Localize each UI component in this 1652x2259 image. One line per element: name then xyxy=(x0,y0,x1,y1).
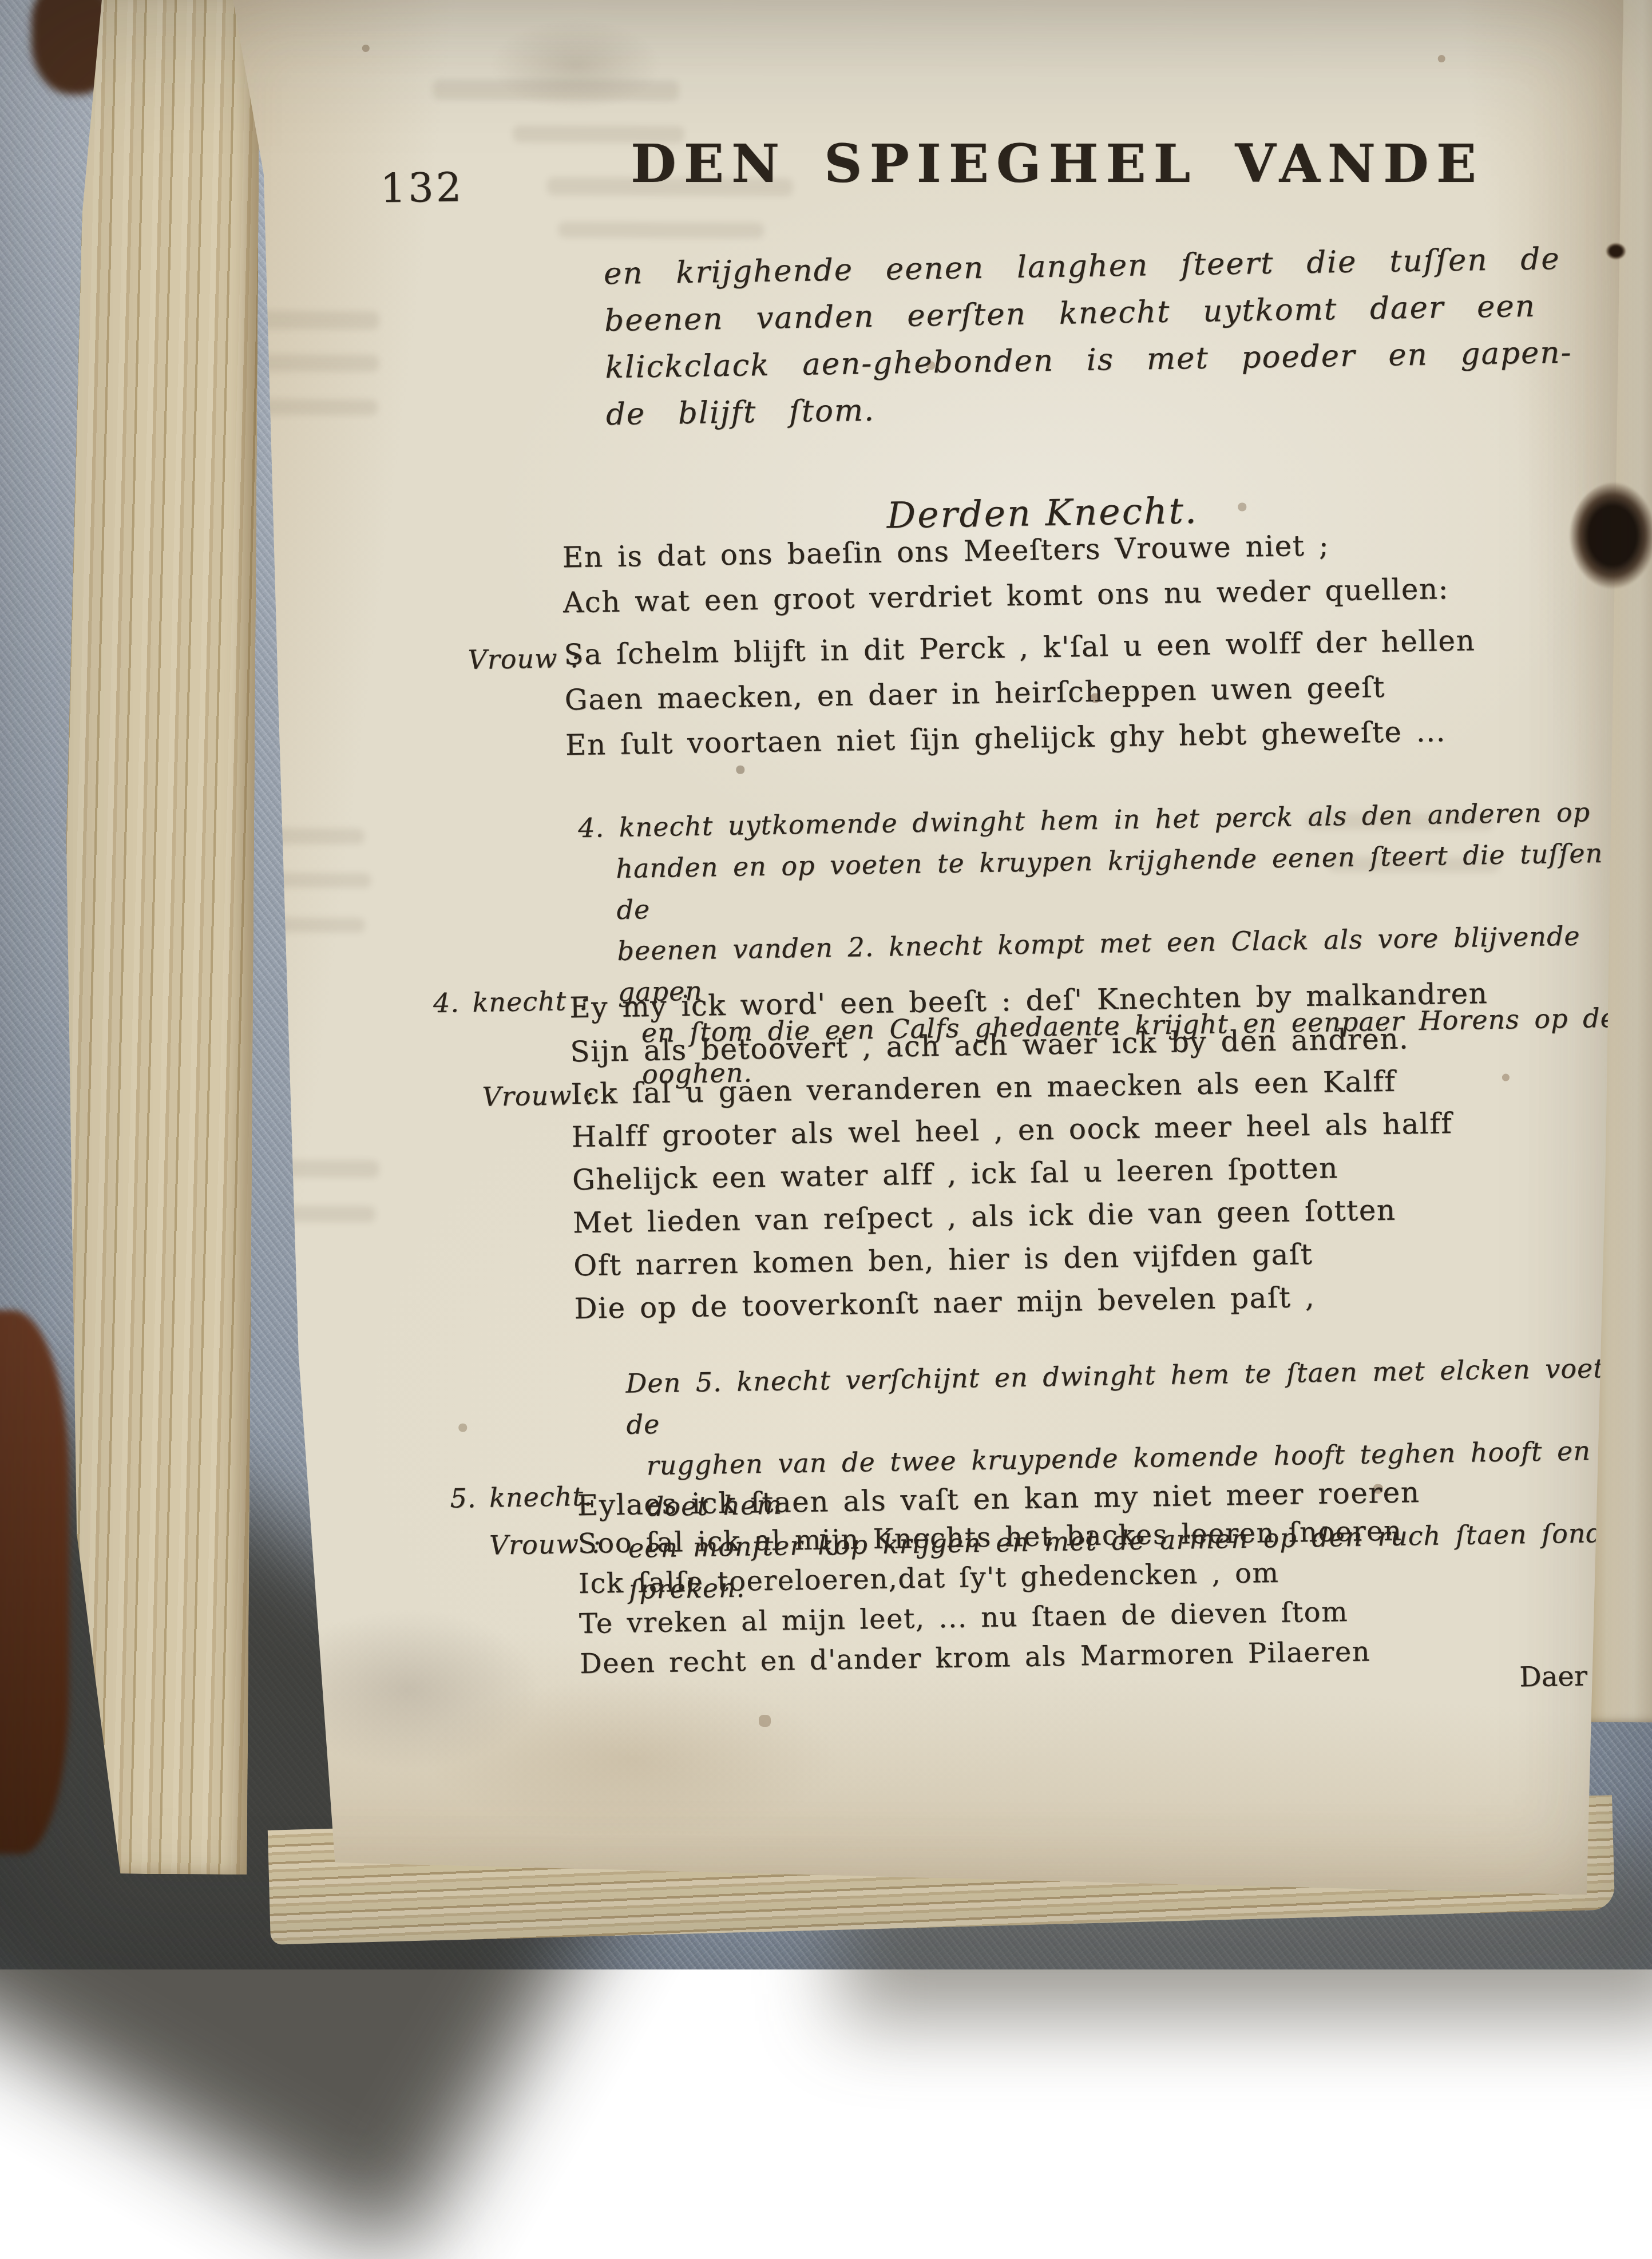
direction-line: Den 5. knecht verſchijnt en dwinght hem … xyxy=(625,1347,1652,1445)
stage-direction-opening: en krijghende eenen langhen ſteert die t… xyxy=(603,235,1613,439)
printed-text: 132 DEN SPIEGHEL VANDE en krijghende een… xyxy=(176,0,1636,1904)
dialogue-vrouw-1: Vrouw : Sa ſchelm blijft in dit Perck , … xyxy=(564,616,1618,768)
speaker-label: Vrouw : xyxy=(482,1074,595,1119)
book-page: 132 DEN SPIEGHEL VANDE en krijghende een… xyxy=(185,0,1624,1895)
ink-blot-small xyxy=(1606,243,1626,260)
dialogue-third-knecht: En is dat ons baeſin ons Meeſters Vrouwe… xyxy=(562,518,1616,625)
speaker-label: 5. knecht. xyxy=(450,1475,593,1521)
speaker-label: Vrouw : xyxy=(468,636,580,683)
running-header: DEN SPIEGHEL VANDE xyxy=(631,133,1484,195)
folio-number: 132 xyxy=(380,164,464,212)
speaker-label: 4. knecht : xyxy=(433,979,589,1025)
book-photograph: 132 DEN SPIEGHEL VANDE en krijghende een… xyxy=(0,0,1652,1969)
dialogue-vrouw-2: Vrouw : Ick ſal u gaen veranderen en mae… xyxy=(571,1056,1627,1330)
page-stack-fore-edge xyxy=(56,0,260,1874)
speaker-label: Vrouw : xyxy=(489,1523,601,1565)
dialogue-vrouw-3: Vrouw : Soo ſal ick al mijn Knechts het … xyxy=(577,1507,1633,1684)
leather-binding-bottom xyxy=(0,1310,69,1854)
direction-line: handen en op voeten te kruypen krijghend… xyxy=(616,832,1647,930)
catchword: Daer xyxy=(1415,1660,1587,1695)
